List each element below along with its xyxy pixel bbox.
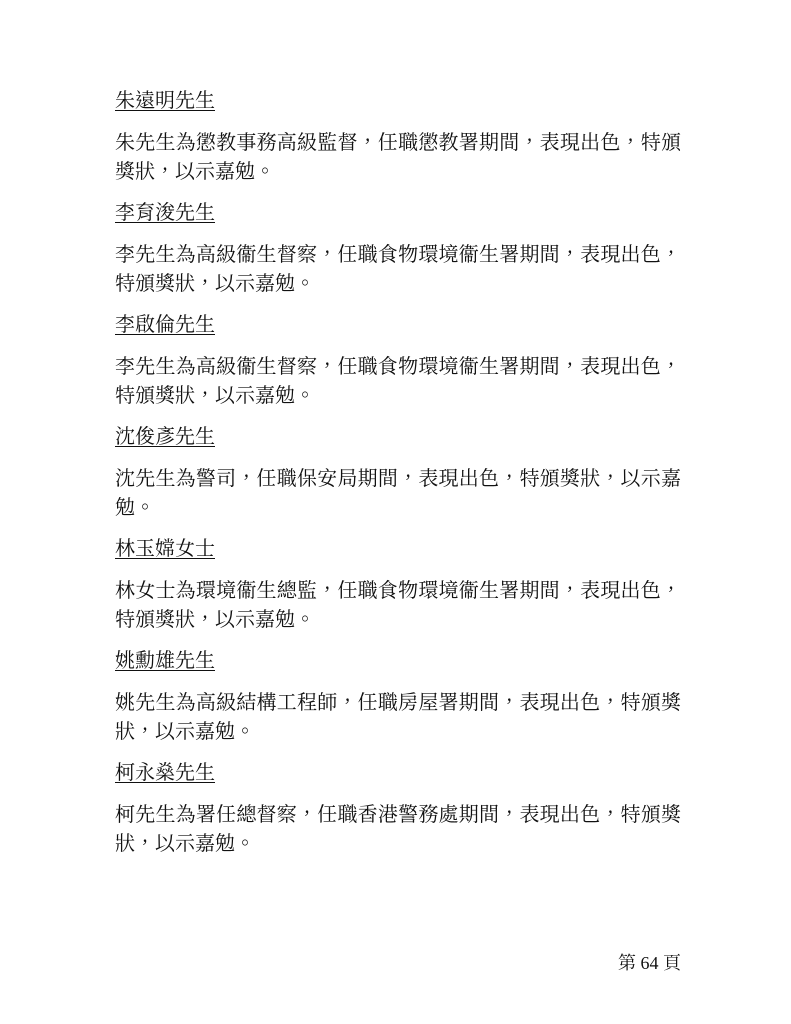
commendation-section: 沈俊彥先生 沈先生為警司，任職保安局期間，表現出色，特頒獎狀，以示嘉勉。 xyxy=(115,423,681,523)
commendation-paragraph: 李先生為高級衞生督察，任職食物環境衞生署期間，表現出色，特頒獎狀，以示嘉勉。 xyxy=(115,241,681,299)
person-name-heading: 朱遠明先生 xyxy=(115,87,681,116)
commendation-paragraph: 沈先生為警司，任職保安局期間，表現出色，特頒獎狀，以示嘉勉。 xyxy=(115,465,681,523)
commendation-paragraph: 林女士為環境衞生總監，任職食物環境衞生署期間，表現出色，特頒獎狀，以示嘉勉。 xyxy=(115,577,681,635)
person-name-text: 沈俊彥先生 xyxy=(115,426,215,448)
commendation-section: 李啟倫先生 李先生為高級衞生督察，任職食物環境衞生署期間，表現出色，特頒獎狀，以… xyxy=(115,311,681,411)
person-name-heading: 林玉嫦女士 xyxy=(115,535,681,564)
person-name-heading: 柯永燊先生 xyxy=(115,759,681,788)
commendation-section: 李育浚先生 李先生為高級衞生督察，任職食物環境衞生署期間，表現出色，特頒獎狀，以… xyxy=(115,199,681,299)
commendation-paragraph: 朱先生為懲教事務高級監督，任職懲教署期間，表現出色，特頒獎狀，以示嘉勉。 xyxy=(115,129,681,187)
person-name-heading: 沈俊彥先生 xyxy=(115,423,681,452)
person-name-text: 李育浚先生 xyxy=(115,202,215,224)
person-name-text: 李啟倫先生 xyxy=(115,314,215,336)
person-name-text: 林玉嫦女士 xyxy=(115,538,215,560)
person-name-heading: 李育浚先生 xyxy=(115,199,681,228)
commendation-paragraph: 李先生為高級衞生督察，任職食物環境衞生署期間，表現出色，特頒獎狀，以示嘉勉。 xyxy=(115,353,681,411)
commendation-paragraph: 姚先生為高級結構工程師，任職房屋署期間，表現出色，特頒獎狀，以示嘉勉。 xyxy=(115,689,681,747)
person-name-heading: 李啟倫先生 xyxy=(115,311,681,340)
person-name-text: 姚勳雄先生 xyxy=(115,650,215,672)
page-number-footer: 第 64 頁 xyxy=(618,951,681,975)
commendation-section: 柯永燊先生 柯先生為署任總督察，任職香港警務處期間，表現出色，特頒獎狀，以示嘉勉… xyxy=(115,759,681,859)
commendation-section: 朱遠明先生 朱先生為懲教事務高級監督，任職懲教署期間，表現出色，特頒獎狀，以示嘉… xyxy=(115,87,681,187)
person-name-text: 柯永燊先生 xyxy=(115,762,215,784)
commendation-paragraph: 柯先生為署任總督察，任職香港警務處期間，表現出色，特頒獎狀，以示嘉勉。 xyxy=(115,801,681,859)
person-name-heading: 姚勳雄先生 xyxy=(115,647,681,676)
document-page: 朱遠明先生 朱先生為懲教事務高級監督，任職懲教署期間，表現出色，特頒獎狀，以示嘉… xyxy=(0,0,791,1024)
person-name-text: 朱遠明先生 xyxy=(115,90,215,112)
document-content: 朱遠明先生 朱先生為懲教事務高級監督，任職懲教署期間，表現出色，特頒獎狀，以示嘉… xyxy=(115,87,681,871)
commendation-section: 林玉嫦女士 林女士為環境衞生總監，任職食物環境衞生署期間，表現出色，特頒獎狀，以… xyxy=(115,535,681,635)
commendation-section: 姚勳雄先生 姚先生為高級結構工程師，任職房屋署期間，表現出色，特頒獎狀，以示嘉勉… xyxy=(115,647,681,747)
